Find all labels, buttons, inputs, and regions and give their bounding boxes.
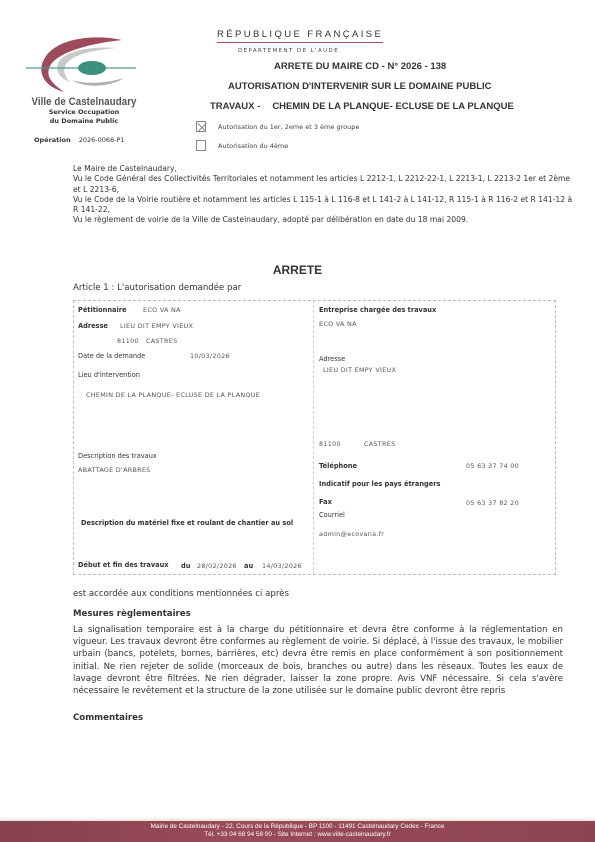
operation-value: 2026-0068-P1 [79, 136, 125, 144]
city-logo [24, 34, 144, 94]
lieu-value: CHEMIN DE LA PLANQUE- ECLUSE DE LA PLANQ… [86, 391, 260, 399]
preamble-line: Vu le Code de la Voirie routière et nota… [73, 195, 573, 216]
adresse-label: Adresse [78, 322, 108, 330]
accordee-text: est accordée aux conditions mentionnées … [73, 589, 289, 599]
form-divider [313, 300, 314, 575]
materiel-label: Description du matériel fixe et roulant … [81, 519, 293, 527]
city-name: Ville de Castelnaudary [31, 96, 137, 108]
adresse-cp: 81100 [117, 337, 139, 345]
petitionnaire-value: ECO VA NA [143, 306, 181, 314]
petitionnaire-label: Pétitionnaire [78, 306, 126, 314]
preamble-line: Le Maire de Castelnaudary, [73, 164, 573, 174]
republique-francaise: RÉPUBLIQUE FRANÇAISE [217, 29, 383, 43]
entreprise-adresse-line1: LIEU DIT EMPY VIEUX [323, 366, 396, 374]
preamble-line: Vu le Code Général des Collectivités Ter… [73, 174, 573, 195]
service-name: Service Occupation du Domaine Public [24, 108, 144, 126]
preamble-line: Vu le règlement de voirie de la Ville de… [73, 215, 573, 225]
checkbox-row-groups-1-3: Autorisation du 1er, 2eme et 3 ème group… [196, 121, 359, 132]
courriel-label: Courriel [319, 511, 345, 519]
checkbox-checked[interactable] [196, 121, 206, 132]
au-label: au [244, 562, 253, 570]
checkbox-unchecked[interactable] [196, 140, 206, 151]
entreprise-ville: CASTRES [364, 440, 395, 448]
arrete-subject: AUTORISATION D'INTERVENIR SUR LE DOMAINE… [228, 81, 492, 92]
arrete-heading: ARRETE [0, 263, 595, 277]
date-fin: 14/03/2026 [262, 562, 302, 570]
footer-contact: Tél. +33 04 68 94 58 00 - Site Internet … [0, 831, 595, 839]
entreprise-cp: 81100 [319, 440, 341, 448]
checkbox-label: Autorisation du 4ème [218, 142, 288, 150]
operation-number: Opération 2026-0068-P1 [34, 136, 125, 144]
checkbox-row-group-4: Autorisation du 4ème [196, 140, 288, 151]
travaux-location: CHEMIN DE LA PLANQUE- ECLUSE DE LA PLANQ… [272, 101, 514, 112]
entreprise-label: Entreprise chargée des travaux [319, 306, 436, 314]
checkbox-label: Autorisation du 1er, 2eme et 3 ème group… [218, 123, 359, 131]
indicatif-label: Indicatif pour les pays étrangers [319, 480, 440, 488]
entreprise-adresse-label: Adresse [319, 355, 345, 363]
adresse-ville: CASTRES [146, 337, 177, 345]
description-label: Description des travaux [78, 452, 157, 460]
mesures-title: Mesures règlementaires [73, 609, 191, 619]
telephone-label: Téléphone [319, 462, 357, 470]
footer-address: Mairie de Castelnaudary - 22, Cours de l… [0, 823, 595, 831]
operation-label: Opération [34, 136, 71, 144]
commentaires-title: Commentaires [73, 713, 143, 723]
date-demande-value: 10/03/2026 [190, 352, 230, 360]
debut-fin-label: Début et fin des travaux [78, 561, 169, 569]
du-label: du [181, 562, 190, 570]
adresse-line1: LIEU DIT EMPY VIEUX [120, 322, 193, 330]
article-1: Article 1 : L'autorisation demandée par [73, 283, 241, 293]
telephone-value: 05 63 37 74 00 [466, 462, 519, 470]
service-line-2: du Domaine Public [24, 117, 144, 126]
arrete-number: ARRETE DU MAIRE CD - N° 2026 - 138 [274, 61, 446, 72]
date-debut: 28/02/2026 [197, 562, 237, 570]
fax-value: 05 63 37 82 20 [466, 499, 519, 507]
preamble: Le Maire de Castelnaudary, Vu le Code Gé… [73, 164, 573, 226]
entreprise-value: ECO VA NA [319, 320, 357, 328]
lieu-label: Lieu d'intervention [78, 371, 140, 379]
service-line-1: Service Occupation [24, 108, 144, 117]
courriel-value: admin@ecovana.fr [319, 530, 384, 538]
fax-label: Fax [319, 498, 332, 506]
departement: DEPARTEMENT DE L'AUDE [238, 48, 339, 54]
footer: Mairie de Castelnaudary - 22, Cours de l… [0, 821, 595, 842]
description-value: ABATTAGE D'ARBRES [78, 466, 151, 474]
date-demande-label: Date de la demande [78, 352, 145, 360]
travaux-title: TRAVAUX -CHEMIN DE LA PLANQUE- ECLUSE DE… [210, 101, 514, 112]
mesures-text: La signalisation temporaire est à la cha… [73, 624, 563, 697]
travaux-label: TRAVAUX - [210, 101, 260, 112]
